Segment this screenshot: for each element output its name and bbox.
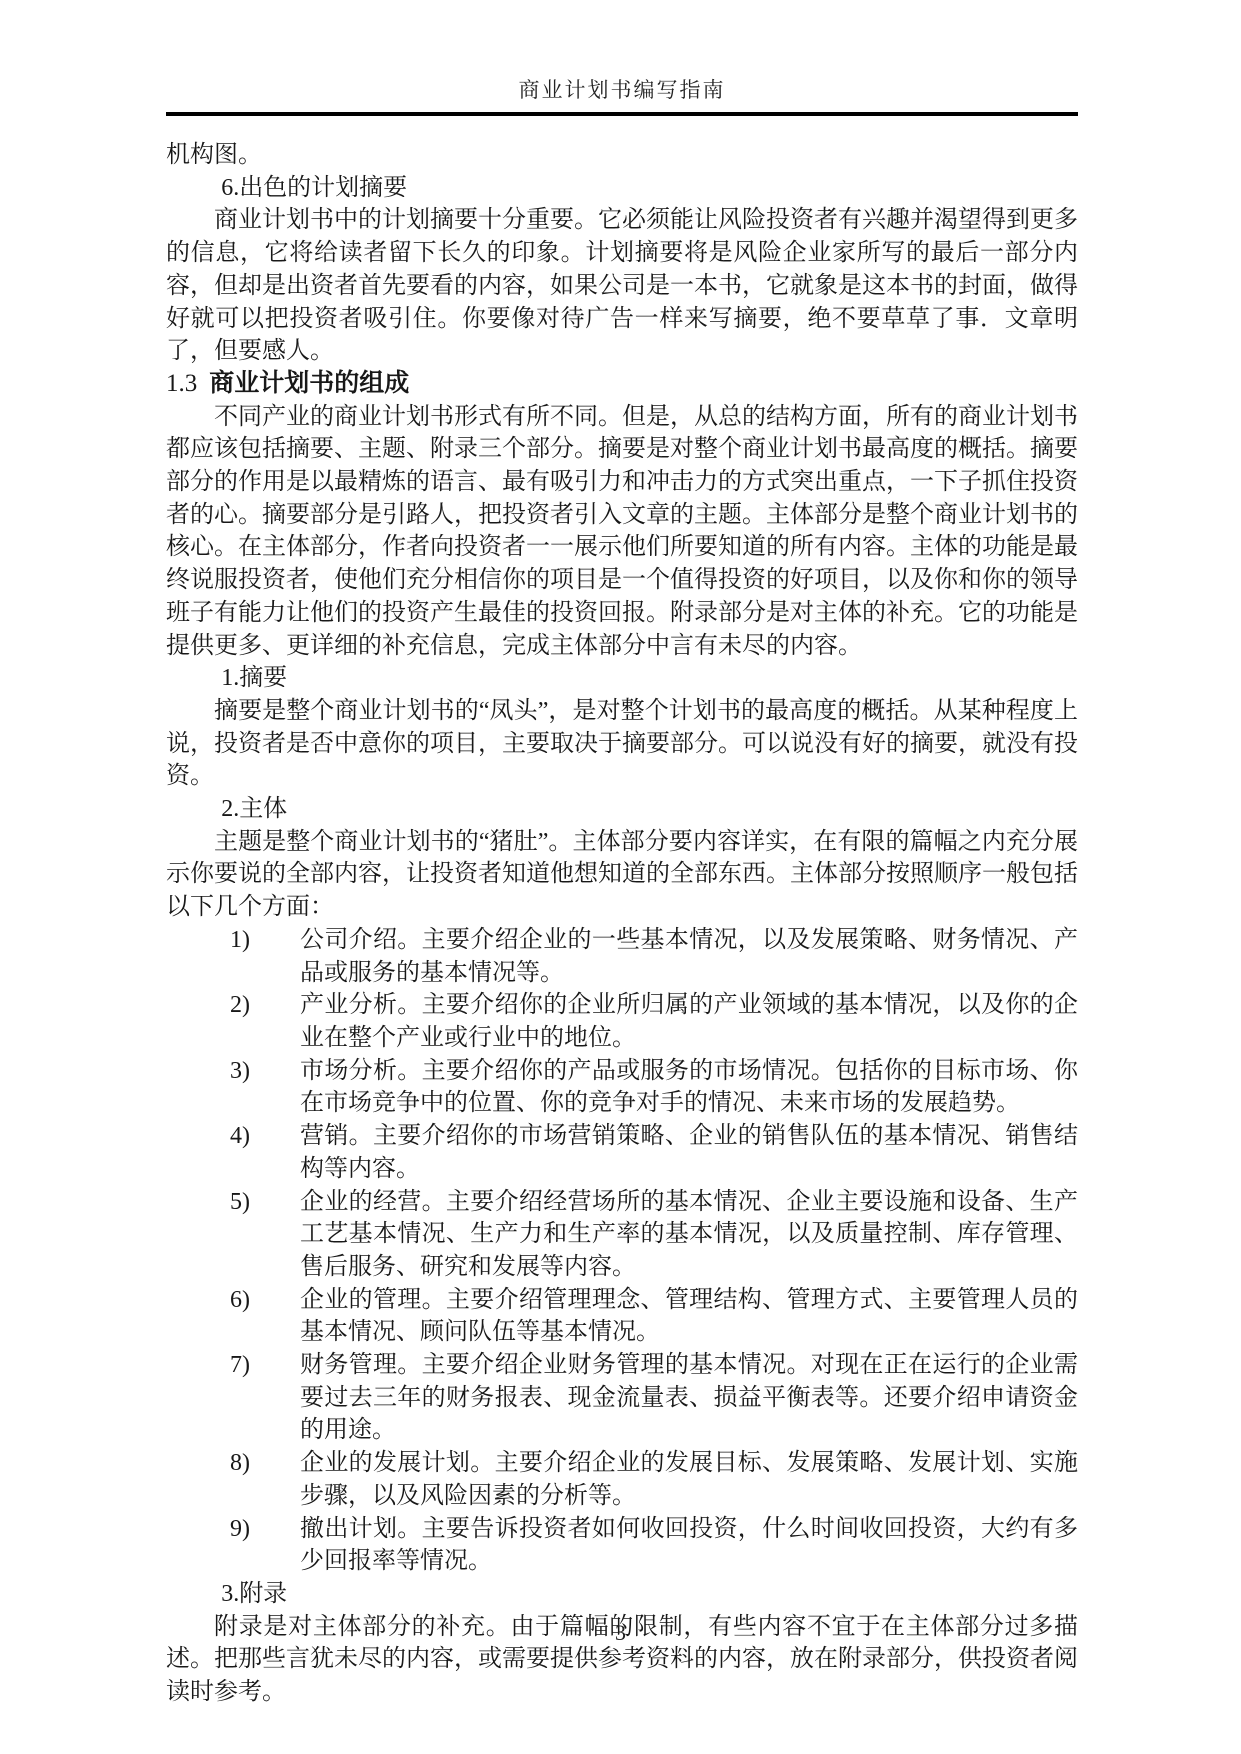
- list-item-number: 5): [230, 1186, 250, 1219]
- list-item: 1) 公司介绍。主要介绍企业的一些基本情况，以及发展策略、财务情况、产品或服务的…: [166, 924, 1078, 989]
- continuation-line: 机构图。: [166, 139, 1078, 172]
- paragraph-body: 主题是整个商业计划书的“猪肚”。主体部分要内容详实，在有限的篇幅之内充分展示你要…: [166, 826, 1078, 924]
- list-item-text: 企业的管理。主要介绍管理理念、管理结构、管理方式、主要管理人员的基本情况、顾问队…: [300, 1287, 1078, 1346]
- list-item: 4) 营销。主要介绍你的市场营销策略、企业的销售队伍的基本情况、销售结构等内容。: [166, 1120, 1078, 1185]
- list-item: 7) 财务管理。主要介绍企业财务管理的基本情况。对现在正在运行的企业需要过去三年…: [166, 1349, 1078, 1447]
- list-item-text: 产业分析。主要介绍你的企业所归属的产业领域的基本情况，以及你的企业在整个产业或行…: [300, 992, 1078, 1051]
- list-item-number: 7): [230, 1349, 250, 1382]
- list-item-number: 1): [230, 924, 250, 957]
- list-item: 3) 市场分析。主要介绍你的产品或服务的市场情况。包括你的目标市场、你在市场竞争…: [166, 1055, 1078, 1120]
- list-item-text: 财务管理。主要介绍企业财务管理的基本情况。对现在正在运行的企业需要过去三年的财务…: [300, 1352, 1078, 1443]
- page-header: 商业计划书编写指南: [166, 0, 1078, 116]
- list-item-number: 9): [230, 1513, 250, 1546]
- section-heading-1-3: 1.3商业计划书的组成: [166, 368, 1078, 401]
- list-item-number: 2): [230, 989, 250, 1022]
- list-item-number: 4): [230, 1120, 250, 1153]
- list-item-number: 8): [230, 1447, 250, 1480]
- list-item: 5) 企业的经营。主要介绍经营场所的基本情况、企业主要设施和设备、生产工艺基本情…: [166, 1186, 1078, 1284]
- section-title: 商业计划书的组成: [209, 370, 409, 397]
- list-item-number: 6): [230, 1284, 250, 1317]
- document-page: 商业计划书编写指南 机构图。 6.出色的计划摘要 商业计划书中的计划摘要十分重要…: [0, 0, 1241, 1754]
- header-title: 商业计划书编写指南: [166, 74, 1078, 104]
- list-item: 2) 产业分析。主要介绍你的企业所归属的产业领域的基本情况，以及你的企业在整个产…: [166, 989, 1078, 1054]
- subheading-6: 6.出色的计划摘要: [166, 172, 1078, 205]
- paragraph-section6: 商业计划书中的计划摘要十分重要。它必须能让风险投资者有兴趣并渴望得到更多的信息，…: [166, 204, 1078, 368]
- list-item-text: 营销。主要介绍你的市场营销策略、企业的销售队伍的基本情况、销售结构等内容。: [300, 1123, 1078, 1182]
- list-item-text: 企业的发展计划。主要介绍企业的发展目标、发展策略、发展计划、实施步骤，以及风险因…: [300, 1450, 1078, 1509]
- document-body: 机构图。 6.出色的计划摘要 商业计划书中的计划摘要十分重要。它必须能让风险投资…: [166, 139, 1078, 1709]
- section-number: 1.3: [166, 370, 197, 397]
- list-item: 9) 撤出计划。主要告诉投资者如何收回投资，什么时间收回投资，大约有多少回报率等…: [166, 1513, 1078, 1578]
- list-item-text: 市场分析。主要介绍你的产品或服务的市场情况。包括你的目标市场、你在市场竞争中的位…: [300, 1058, 1078, 1117]
- list-item: 8) 企业的发展计划。主要介绍企业的发展目标、发展策略、发展计划、实施步骤，以及…: [166, 1447, 1078, 1512]
- list-item-text: 公司介绍。主要介绍企业的一些基本情况，以及发展策略、财务情况、产品或服务的基本情…: [300, 927, 1078, 986]
- subheading-body: 2.主体: [166, 793, 1078, 826]
- list-item-text: 撤出计划。主要告诉投资者如何收回投资，什么时间收回投资，大约有多少回报率等情况。: [300, 1516, 1078, 1575]
- list-item: 6) 企业的管理。主要介绍管理理念、管理结构、管理方式、主要管理人员的基本情况、…: [166, 1284, 1078, 1349]
- list-item-number: 3): [230, 1055, 250, 1088]
- subheading-appendix: 3.附录: [166, 1578, 1078, 1611]
- list-item-text: 企业的经营。主要介绍经营场所的基本情况、企业主要设施和设备、生产工艺基本情况、生…: [300, 1189, 1078, 1280]
- page-number: 3: [0, 1620, 1241, 1646]
- subheading-summary: 1.摘要: [166, 662, 1078, 695]
- numbered-list: 1) 公司介绍。主要介绍企业的一些基本情况，以及发展策略、财务情况、产品或服务的…: [166, 924, 1078, 1578]
- paragraph-section13: 不同产业的商业计划书形式有所不同。但是，从总的结构方面，所有的商业计划书都应该包…: [166, 401, 1078, 663]
- paragraph-summary: 摘要是整个商业计划书的“凤头”，是对整个计划书的最高度的概括。从某种程度上说，投…: [166, 695, 1078, 793]
